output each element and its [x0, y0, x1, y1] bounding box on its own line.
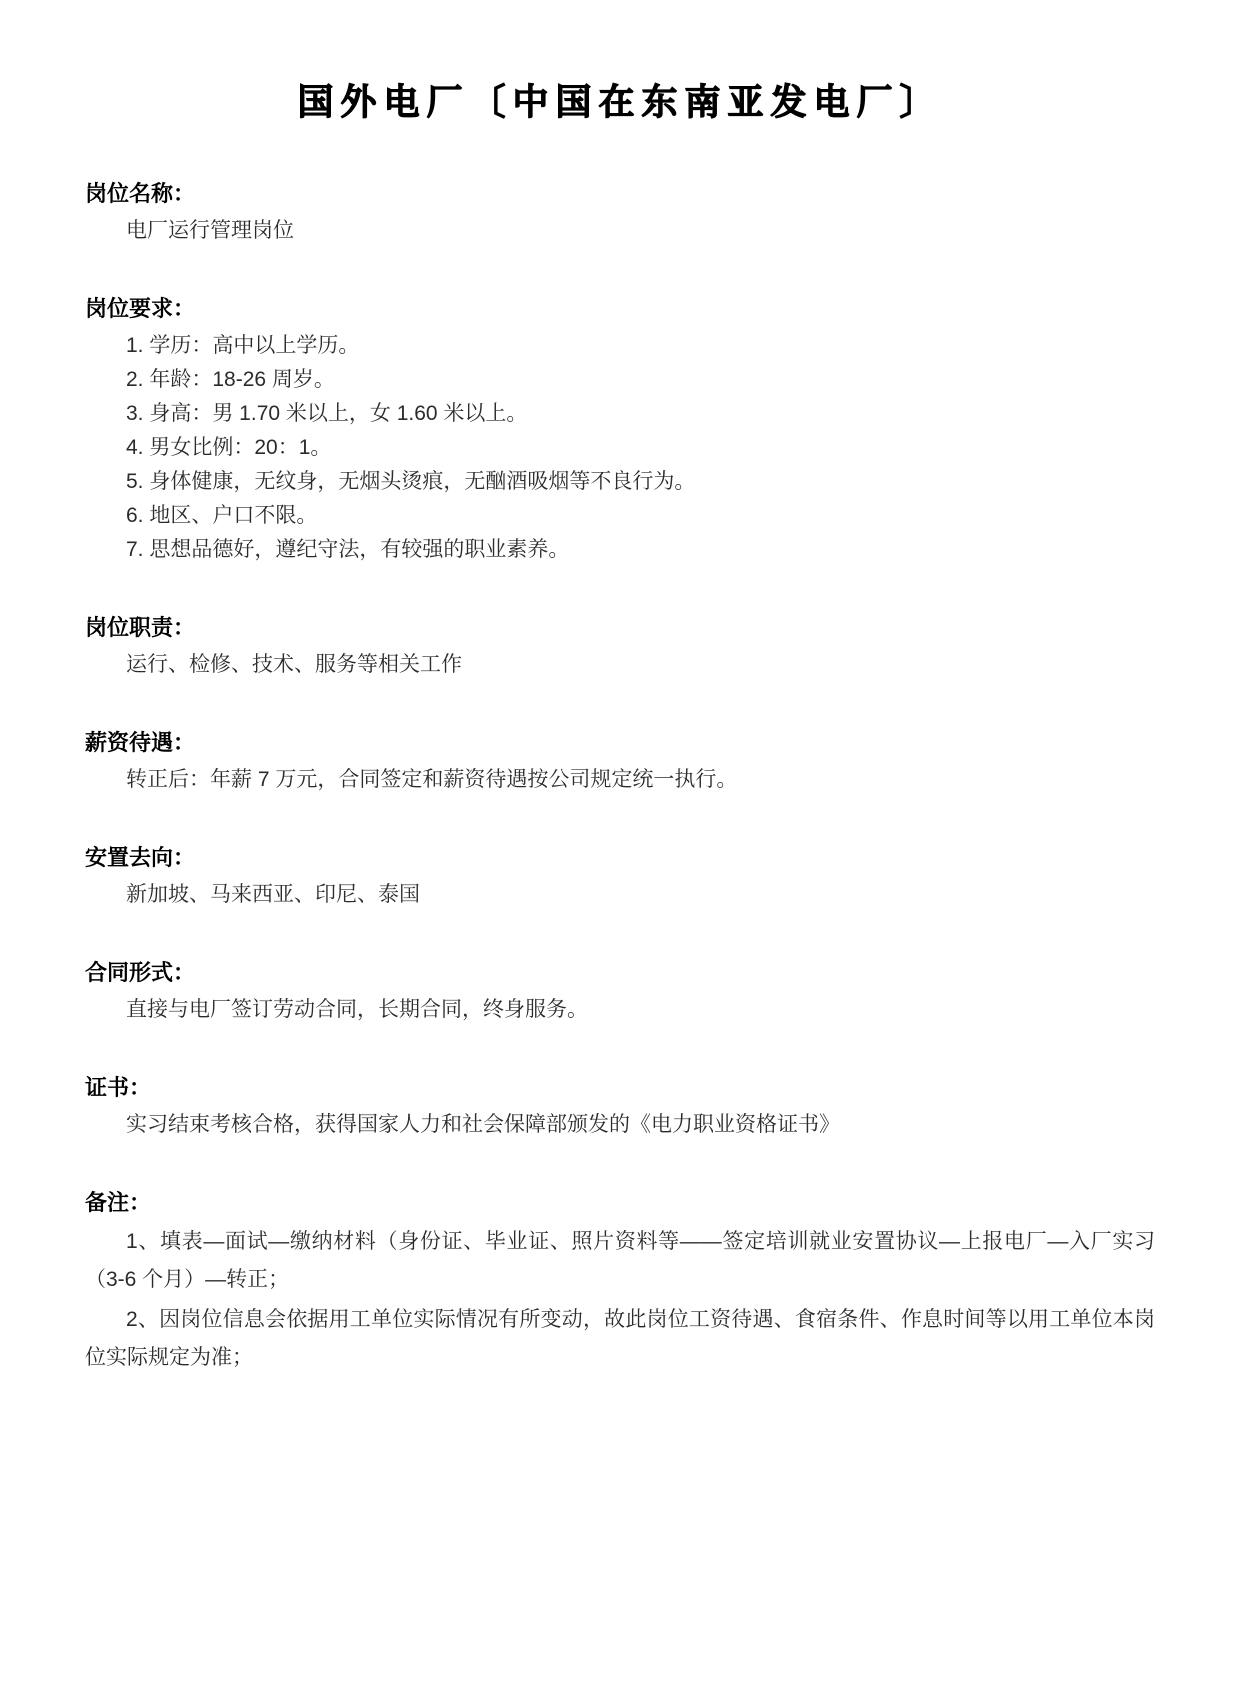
contract-heading: 合同形式： [85, 956, 1155, 990]
certificate-heading: 证书： [85, 1071, 1155, 1105]
document-title: 国外电厂〔中国在东南亚发电厂〕 [85, 74, 1155, 125]
section-placement: 安置去向： 新加坡、马来西亚、印尼、泰国 [85, 841, 1155, 912]
placement-value: 新加坡、马来西亚、印尼、泰国 [85, 878, 1155, 912]
job-duties-value: 运行、检修、技术、服务等相关工作 [85, 648, 1155, 682]
job-requirements-heading: 岗位要求： [85, 292, 1155, 326]
requirement-item-2: 2. 年龄：18-26 周岁。 [85, 363, 1155, 397]
requirement-item-7: 7. 思想品德好，遵纪守法，有较强的职业素养。 [85, 533, 1155, 567]
section-job-requirements: 岗位要求： 1. 学历：高中以上学历。 2. 年龄：18-26 周岁。 3. 身… [85, 292, 1155, 567]
placement-heading: 安置去向： [85, 841, 1155, 875]
salary-value: 转正后：年薪 7 万元，合同签定和薪资待遇按公司规定统一执行。 [85, 763, 1155, 797]
section-job-name: 岗位名称： 电厂运行管理岗位 [85, 177, 1155, 248]
section-contract: 合同形式： 直接与电厂签订劳动合同，长期合同，终身服务。 [85, 956, 1155, 1027]
section-salary: 薪资待遇： 转正后：年薪 7 万元，合同签定和薪资待遇按公司规定统一执行。 [85, 726, 1155, 797]
requirement-item-5: 5. 身体健康，无纹身，无烟头烫痕，无酗酒吸烟等不良行为。 [85, 465, 1155, 499]
remark-item-2: 2、因岗位信息会依据用工单位实际情况有所变动，故此岗位工资待遇、食宿条件、作息时… [85, 1301, 1155, 1377]
document-page: 国外电厂〔中国在东南亚发电厂〕 岗位名称： 电厂运行管理岗位 岗位要求： 1. … [0, 0, 1240, 1683]
requirement-item-4: 4. 男女比例：20：1。 [85, 431, 1155, 465]
requirement-item-1: 1. 学历：高中以上学历。 [85, 329, 1155, 363]
section-job-duties: 岗位职责： 运行、检修、技术、服务等相关工作 [85, 611, 1155, 682]
job-name-value: 电厂运行管理岗位 [85, 214, 1155, 248]
requirement-item-3: 3. 身高：男 1.70 米以上，女 1.60 米以上。 [85, 397, 1155, 431]
section-remarks: 备注： 1、填表—面试—缴纳材料（身份证、毕业证、照片资料等——签定培训就业安置… [85, 1186, 1155, 1377]
salary-heading: 薪资待遇： [85, 726, 1155, 760]
section-certificate: 证书： 实习结束考核合格，获得国家人力和社会保障部颁发的《电力职业资格证书》 [85, 1071, 1155, 1142]
job-name-heading: 岗位名称： [85, 177, 1155, 211]
certificate-value: 实习结束考核合格，获得国家人力和社会保障部颁发的《电力职业资格证书》 [85, 1108, 1155, 1142]
job-duties-heading: 岗位职责： [85, 611, 1155, 645]
contract-value: 直接与电厂签订劳动合同，长期合同，终身服务。 [85, 993, 1155, 1027]
remarks-heading: 备注： [85, 1186, 1155, 1220]
requirement-item-6: 6. 地区、户口不限。 [85, 499, 1155, 533]
remark-item-1: 1、填表—面试—缴纳材料（身份证、毕业证、照片资料等——签定培训就业安置协议—上… [85, 1223, 1155, 1299]
